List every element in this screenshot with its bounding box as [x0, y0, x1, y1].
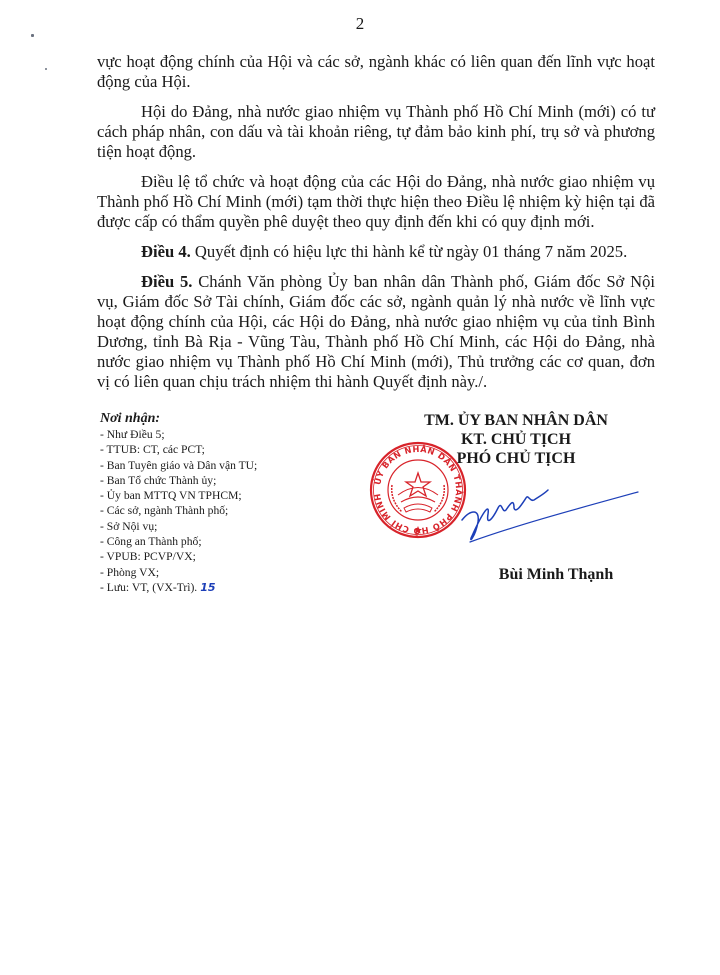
article-4-text: Quyết định có hiệu lực thi hành kể từ ng… [191, 242, 627, 261]
recipient-item: - Ủy ban MTTQ VN TPHCM; [100, 488, 257, 503]
recipient-archive-text: - Lưu: VT, (VX-Trì). [100, 581, 197, 594]
recipient-item: - Sở Nội vụ; [100, 519, 257, 534]
recipients-title: Nơi nhận: [100, 410, 257, 427]
article-5-label: Điều 5. [141, 272, 192, 291]
article-4: Điều 4. Quyết định có hiệu lực thi hành … [97, 242, 655, 262]
paragraph-legal-status: Hội do Đảng, nhà nước giao nhiệm vụ Thàn… [97, 102, 655, 162]
paragraph-charter: Điều lệ tổ chức và hoạt động của các Hội… [97, 172, 655, 232]
article-5: Điều 5. Chánh Văn phòng Ủy ban nhân dân … [97, 272, 655, 392]
recipient-item: - Ban Tuyên giáo và Dân vận TU; [100, 458, 257, 473]
recipient-item: - Công an Thành phố; [100, 534, 257, 549]
signer-name: Bùi Minh Thạnh [476, 565, 636, 585]
paragraph-continuation: vực hoạt động chính của Hội và các sở, n… [97, 52, 655, 92]
scan-speck [31, 34, 34, 37]
page-number: 2 [0, 14, 720, 34]
document-body: vực hoạt động chính của Hội và các sở, n… [97, 52, 655, 402]
recipient-item-archive: - Lưu: VT, (VX-Trì).15 [100, 580, 257, 595]
handwritten-copy-count: 15 [200, 581, 215, 594]
recipient-item: - Như Điều 5; [100, 427, 257, 442]
recipient-item: - VPUB: PCVP/VX; [100, 549, 257, 564]
scan-speck [45, 68, 47, 70]
signer-line-1: TM. ỦY BAN NHÂN DÂN [396, 411, 636, 430]
recipient-item: - Các sở, ngành Thành phố; [100, 503, 257, 518]
recipient-item: - Ban Tổ chức Thành ủy; [100, 473, 257, 488]
recipients-list: - Như Điều 5; - TTUB: CT, các PCT; - Ban… [100, 427, 257, 595]
article-4-label: Điều 4. [141, 242, 191, 261]
recipients-block: Nơi nhận: - Như Điều 5; - TTUB: CT, các … [100, 410, 257, 595]
recipient-item: - Phòng VX; [100, 565, 257, 580]
handwritten-signature [440, 480, 650, 550]
recipient-item: - TTUB: CT, các PCT; [100, 442, 257, 457]
